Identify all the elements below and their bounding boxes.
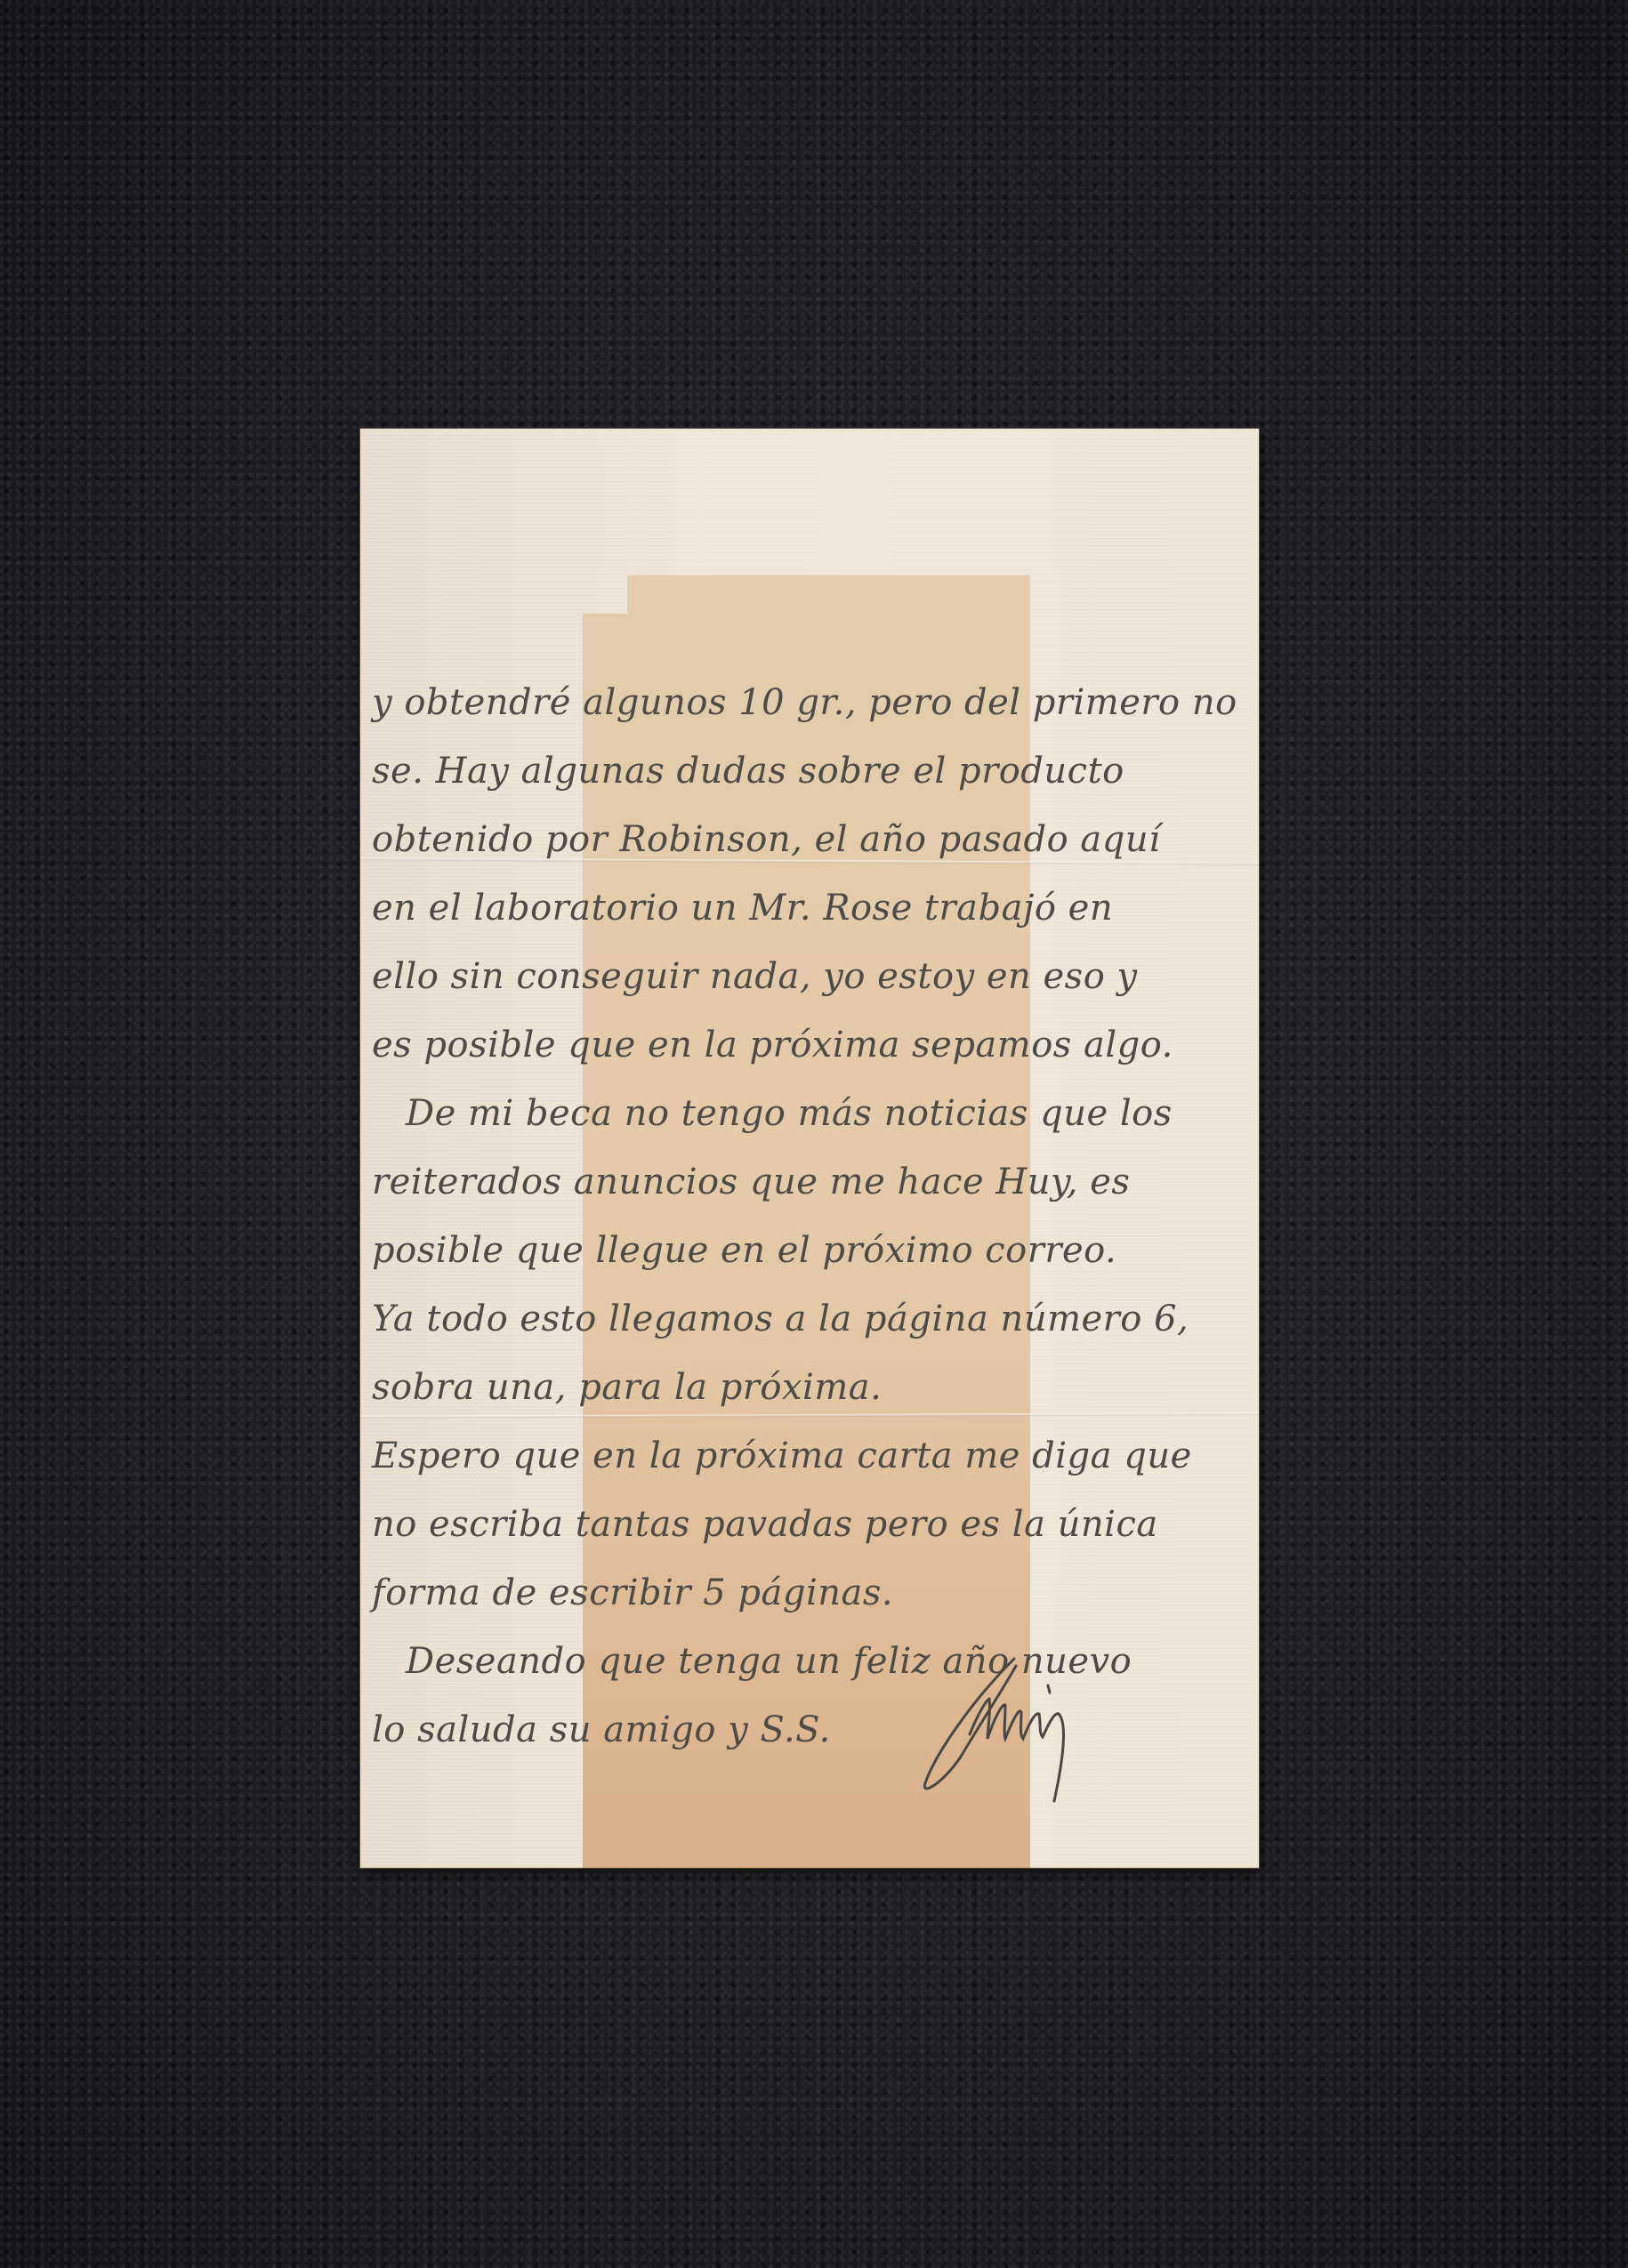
letter-line: De mi beca no tengo más noticias que los	[372, 1080, 1253, 1148]
letter-line: posible que llegue en el próximo correo.	[372, 1217, 1253, 1285]
letter-line: se. Hay algunas dudas sobre el producto	[372, 737, 1253, 806]
letter-line: forma de escribir 5 páginas.	[372, 1559, 1253, 1628]
letter-body: y obtendré algunos 10 gr., pero del prim…	[372, 669, 1253, 1765]
letter-line: Espero que en la próxima carta me diga q…	[372, 1422, 1253, 1491]
letter-line: es posible que en la próxima sepamos alg…	[372, 1011, 1253, 1080]
letter-line: sobra una, para la próxima.	[372, 1354, 1253, 1422]
letter-line: ello sin conseguir nada, yo estoy en eso…	[372, 943, 1253, 1011]
letter-line: en el laboratorio un Mr. Rose trabajó en	[372, 874, 1253, 943]
letter-line: y obtendré algunos 10 gr., pero del prim…	[372, 669, 1253, 737]
letter-line: Ya todo esto llegamos a la página número…	[372, 1285, 1253, 1354]
letter-line: reiterados anuncios que me hace Huy, es	[372, 1148, 1253, 1217]
letter-line: no escriba tantas pavadas pero es la úni…	[372, 1491, 1253, 1559]
letter-line: obtenido por Robinson, el año pasado aqu…	[372, 806, 1253, 874]
